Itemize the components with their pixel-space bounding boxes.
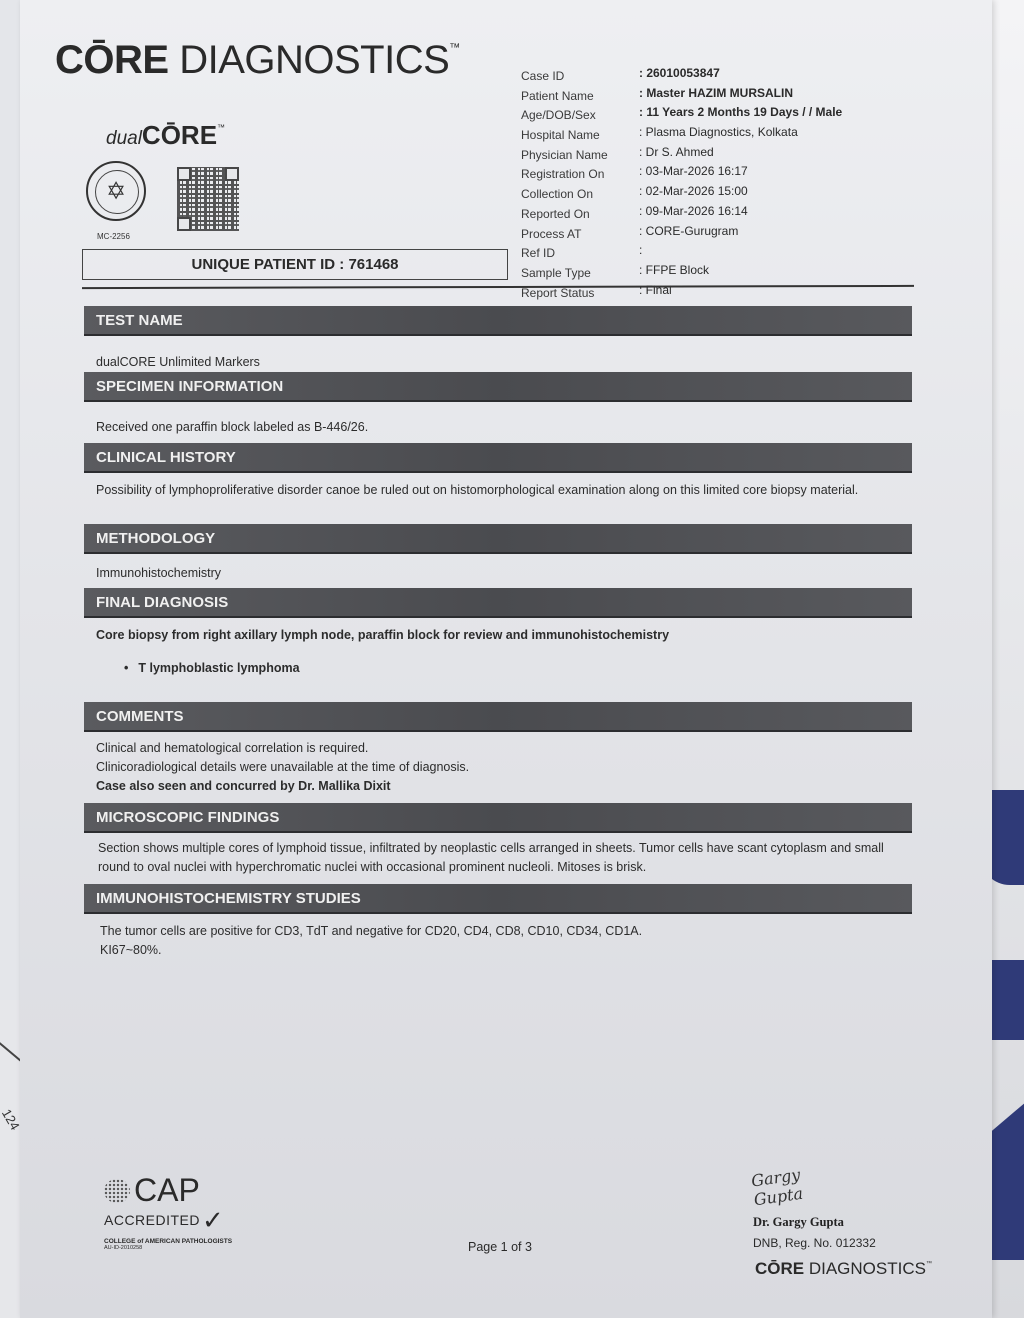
accreditation-seal-icon: ✡: [86, 161, 146, 221]
patient-info-row: Process AT: CORE-Gurugram: [521, 224, 916, 244]
info-value: : 11 Years 2 Months 19 Days / / Male: [639, 105, 842, 119]
section-header-specimen: SPECIMEN INFORMATION: [84, 372, 912, 402]
doctor-registration: DNB, Reg. No. 012332: [753, 1236, 876, 1250]
test-name-value: dualCORE Unlimited Markers: [96, 353, 906, 372]
info-label: Registration On: [521, 167, 604, 181]
patient-info-row: Registration On: 03-Mar-2026 16:17: [521, 164, 916, 184]
section-header-test-name: TEST NAME: [84, 306, 912, 336]
info-label: Physician Name: [521, 148, 608, 162]
info-label: Hospital Name: [521, 128, 600, 142]
ihc-line: KI67~80%.: [100, 941, 910, 960]
info-value: : Master HAZIM MURSALIN: [639, 86, 793, 100]
patient-info-table: Case ID: 26010053847Patient Name: Master…: [521, 66, 916, 302]
patient-info-row: Hospital Name: Plasma Diagnostics, Kolka…: [521, 125, 916, 145]
qr-code-icon[interactable]: [177, 167, 239, 231]
checkmark-icon: ✓: [202, 1205, 224, 1235]
info-value: : 02-Mar-2026 15:00: [639, 184, 748, 198]
microscopic-findings-text: Section shows multiple cores of lymphoid…: [98, 839, 908, 877]
comments: Clinical and hematological correlation i…: [96, 739, 906, 796]
final-diagnosis-text: Core biopsy from right axillary lymph no…: [96, 626, 906, 645]
cap-accreditation-logo: CAP ACCREDITED✓ COLLEGE of AMERICAN PATH…: [104, 1175, 232, 1251]
section-header-methodology: METHODOLOGY: [84, 524, 912, 554]
patient-info-row: Patient Name: Master HAZIM MURSALIN: [521, 86, 916, 106]
info-value: : 09-Mar-2026 16:14: [639, 204, 748, 218]
doctor-name: Dr. Gargy Gupta: [753, 1215, 844, 1230]
patient-info-row: Physician Name: Dr S. Ahmed: [521, 145, 916, 165]
patient-info-row: Sample Type: FFPE Block: [521, 263, 916, 283]
unique-patient-id: UNIQUE PATIENT ID : 761468: [82, 249, 508, 280]
info-label: Sample Type: [521, 266, 591, 280]
info-value: : 26010053847: [639, 66, 720, 80]
patient-info-row: Reported On: 09-Mar-2026 16:14: [521, 204, 916, 224]
ihc-line: The tumor cells are positive for CD3, Td…: [100, 922, 910, 941]
section-header-comments: COMMENTS: [84, 702, 912, 732]
info-label: Process AT: [521, 227, 581, 241]
section-header-ihc: IMMUNOHISTOCHEMISTRY STUDIES: [84, 884, 912, 914]
accreditation-code: MC-2256: [97, 232, 130, 241]
patient-info-row: Age/DOB/Sex: 11 Years 2 Months 19 Days /…: [521, 105, 916, 125]
info-label: Patient Name: [521, 89, 594, 103]
info-label: Reported On: [521, 207, 590, 221]
cap-dots-icon: [104, 1179, 130, 1203]
info-label: Collection On: [521, 187, 593, 201]
page-number: Page 1 of 3: [468, 1240, 532, 1254]
section-header-microscopic-findings: MICROSCOPIC FINDINGS: [84, 803, 912, 833]
dualcore-logo: dualCŌRE™: [106, 120, 225, 151]
info-value: :: [639, 243, 642, 257]
final-diagnosis: Core biopsy from right axillary lymph no…: [96, 626, 906, 678]
methodology-text: Immunohistochemistry: [96, 564, 906, 583]
info-value: : FFPE Block: [639, 263, 709, 277]
section-header-clinical-history: CLINICAL HISTORY: [84, 443, 912, 473]
diagnosis-bullet: T lymphoblastic lymphoma: [96, 659, 906, 678]
clinical-history-text: Possibility of lymphoproliferative disor…: [96, 481, 906, 500]
star-icon: ✡: [88, 177, 144, 206]
info-value: : Dr S. Ahmed: [639, 145, 714, 159]
company-logo: CŌRE DIAGNOSTICS™: [55, 38, 460, 83]
info-label: Ref ID: [521, 246, 555, 260]
ihc-results: The tumor cells are positive for CD3, Td…: [100, 922, 910, 960]
patient-info-row: Collection On: 02-Mar-2026 15:00: [521, 184, 916, 204]
comment-line: Clinicoradiological details were unavail…: [96, 758, 906, 777]
footer-logo: CŌRE DIAGNOSTICS™: [755, 1259, 932, 1279]
patient-info-row: Ref ID:: [521, 243, 916, 263]
info-label: Age/DOB/Sex: [521, 108, 596, 122]
comment-line: Clinical and hematological correlation i…: [96, 739, 906, 758]
info-value: : CORE-Gurugram: [639, 224, 738, 238]
info-value: : Plasma Diagnostics, Kolkata: [639, 125, 798, 139]
info-label: Case ID: [521, 69, 564, 83]
specimen-info-text: Received one paraffin block labeled as B…: [96, 418, 906, 437]
info-value: : 03-Mar-2026 16:17: [639, 164, 748, 178]
comment-line: Case also seen and concurred by Dr. Mall…: [96, 777, 906, 796]
section-header-final-diagnosis: FINAL DIAGNOSIS: [84, 588, 912, 618]
patient-info-row: Case ID: 26010053847: [521, 66, 916, 86]
